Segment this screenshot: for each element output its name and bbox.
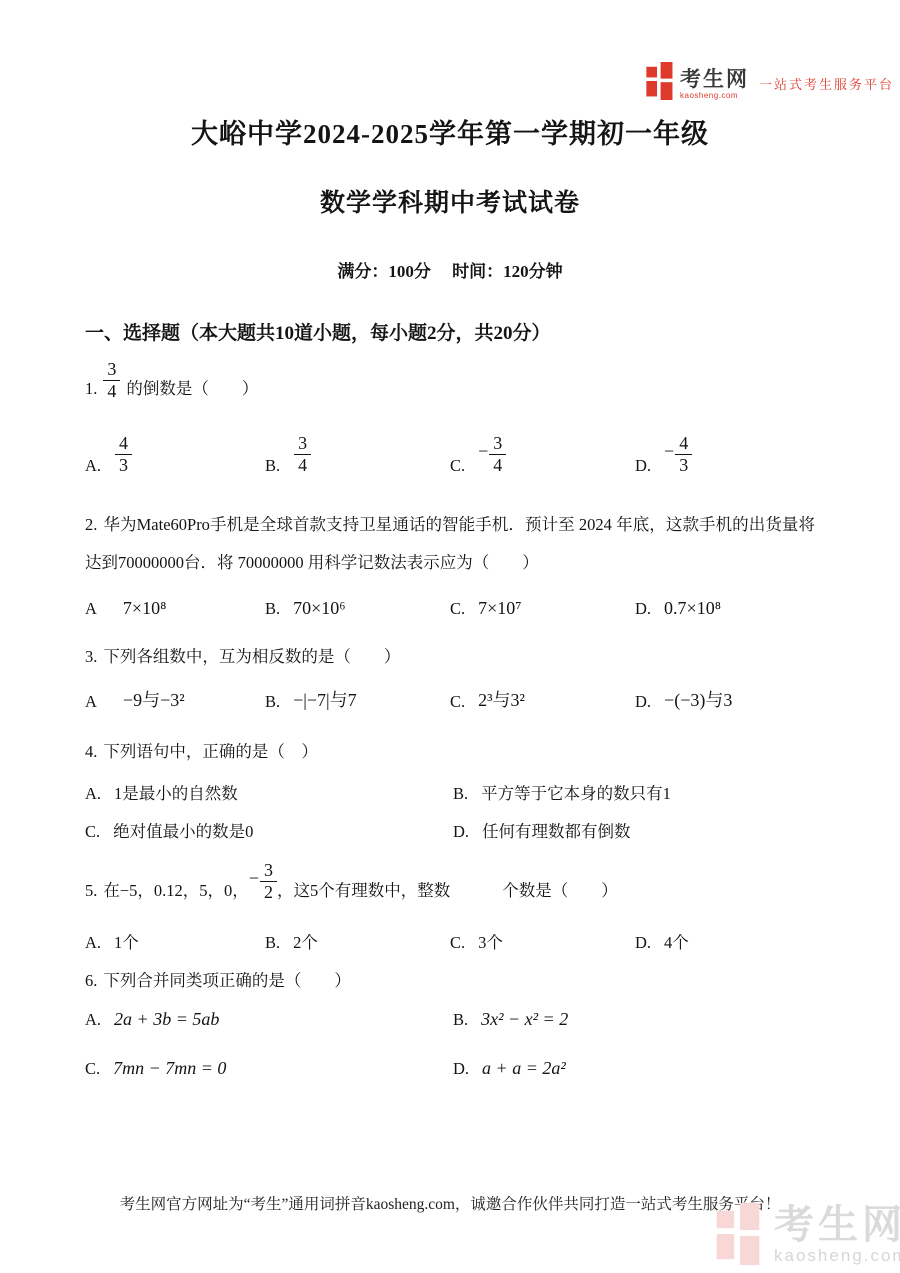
option-label: D. (635, 456, 651, 476)
fraction-denominator: 4 (294, 455, 311, 476)
fraction: 3 4 (103, 359, 120, 401)
option-value: a + a = 2a² (482, 1058, 566, 1079)
option-d: D.任何有理数都有倒数 (453, 818, 815, 842)
question-1-stem: 1. 3 4 的倒数是（ ） (85, 359, 815, 401)
option-c: C.7×10⁷ (450, 598, 635, 619)
question-text: 的倒数是（ ） (126, 377, 258, 401)
option-value: −9与−3² (123, 686, 185, 712)
fraction: 3 2 (260, 860, 277, 902)
option-c: C.绝对值最小的数是0 (85, 818, 453, 842)
kaosheng-h-icon-watermark (712, 1203, 766, 1265)
question-6-options: A.2a + 3b = 5ab B.3x² − x² = 2 C.7mn − 7… (85, 1009, 815, 1079)
question-4-options: A.1是最小的自然数 B.平方等于它本身的数只有1 C.绝对值最小的数是0 D.… (85, 780, 815, 842)
option-label: A. (85, 456, 101, 476)
question-text: 在−5，0.12，5，0， (103, 879, 248, 903)
question-number: 2. (85, 515, 97, 534)
fraction-numerator: 3 (294, 433, 311, 455)
option-value: 2³与3² (478, 686, 525, 712)
question-4-stem: 4.下列语句中，正确的是（ ） (85, 740, 815, 764)
fraction-denominator: 4 (489, 455, 506, 476)
question-text: 华为Mate60Pro手机是全球首款支持卫星通话的智能手机．预计至 2024 年… (85, 515, 815, 572)
option-label: D. (453, 822, 469, 842)
option-a: A.1是最小的自然数 (85, 780, 453, 804)
option-label: C. (450, 456, 465, 476)
fraction-numerator: 3 (260, 860, 277, 882)
option-label: D. (635, 599, 651, 619)
fraction-denominator: 2 (260, 882, 277, 903)
option-a: A. 43 (85, 433, 265, 475)
option-d: D. − 43 (635, 433, 815, 475)
watermark-domain: kaosheng.com (774, 1247, 900, 1264)
option-c: C. − 34 (450, 433, 635, 475)
option-value: 1是最小的自然数 (114, 780, 238, 804)
option-b: B.2个 (265, 929, 450, 953)
option-label: D. (635, 933, 651, 953)
option-a: A.1个 (85, 929, 265, 953)
option-label: B. (453, 784, 468, 804)
fraction: 43 (675, 433, 692, 475)
option-label: C. (450, 933, 465, 953)
option-value: 任何有理数都有倒数 (482, 818, 631, 842)
option-value: 绝对值最小的数是0 (113, 818, 253, 842)
question-2-stem: 2.华为Mate60Pro手机是全球首款支持卫星通话的智能手机．预计至 2024… (85, 506, 815, 582)
question-text: 下列合并同类项正确的是（ ） (103, 971, 351, 990)
option-label: C. (85, 1059, 100, 1079)
exam-meta: 满分：100分 时间：120分钟 (0, 257, 900, 282)
option-b: B. 34 (265, 433, 450, 475)
fraction-denominator: 3 (675, 455, 692, 476)
option-label: A. (85, 933, 101, 953)
option-value: −|−7|与7 (293, 686, 357, 712)
exam-page: 考生网 kaosheng.com 一站式考生服务平台 大峪中学2024-2025… (0, 0, 900, 1273)
fraction: 34 (489, 433, 506, 475)
watermark-name: 考生网 (774, 1205, 900, 1245)
question-number: 5. (85, 879, 97, 903)
option-value: 3x² − x² = 2 (481, 1009, 568, 1030)
kaosheng-watermark: 考生网 kaosheng.com (712, 1203, 900, 1265)
kaosheng-h-icon (645, 62, 675, 100)
option-a: A.2a + 3b = 5ab (85, 1009, 453, 1030)
watermark-wordmark: 考生网 kaosheng.com (774, 1205, 900, 1264)
option-label: D. (453, 1059, 469, 1079)
option-label: B. (453, 1010, 468, 1030)
option-value: 1个 (114, 929, 139, 953)
fraction-numerator: 4 (115, 433, 132, 455)
option-value: 2a + 3b = 5ab (114, 1009, 219, 1030)
option-label: B. (265, 599, 280, 619)
fraction-denominator: 4 (103, 381, 120, 402)
question-2-options: A7×10⁸ B.70×10⁶ C.7×10⁷ D.0.7×10⁸ (85, 598, 815, 619)
option-label: C. (85, 822, 100, 842)
option-c: C.2³与3² (450, 686, 635, 712)
option-label: C. (450, 599, 465, 619)
option-label: B. (265, 456, 280, 476)
fraction-numerator: 4 (675, 433, 692, 455)
question-6-stem: 6.下列合并同类项正确的是（ ） (85, 969, 815, 993)
option-a: A−9与−3² (85, 686, 265, 712)
fraction-denominator: 3 (115, 455, 132, 476)
exam-subtitle: 数学学科期中考试试卷 (0, 183, 900, 219)
option-b: B.3x² − x² = 2 (453, 1009, 815, 1030)
fraction: 34 (294, 433, 311, 475)
option-c: C.3个 (450, 929, 635, 953)
option-value: 2个 (293, 929, 318, 953)
option-value: 平方等于它本身的数只有1 (481, 780, 671, 804)
minus-sign: − (478, 441, 488, 462)
option-label: A. (85, 784, 101, 804)
option-c: C.7mn − 7mn = 0 (85, 1058, 453, 1079)
option-label: D. (635, 692, 651, 712)
question-3-stem: 3.下列各组数中，互为相反数的是（ ） (85, 645, 815, 669)
question-number: 3. (85, 647, 97, 666)
question-number: 6. (85, 971, 97, 990)
question-text: ，这5个有理数中，整数 (277, 879, 450, 903)
option-d: D.−(−3)与3 (635, 686, 815, 712)
option-label: B. (265, 692, 280, 712)
kaosheng-logo: 考生网 kaosheng.com 一站式考生服务平台 (645, 62, 894, 100)
option-value: −(−3)与3 (664, 686, 732, 712)
question-number: 4. (85, 742, 97, 761)
option-value: 0.7×10⁸ (664, 598, 721, 619)
question-text: 个数是（ ） (502, 879, 618, 903)
fraction-numerator: 3 (489, 433, 506, 455)
option-b: B.平方等于它本身的数只有1 (453, 780, 815, 804)
question-1-options: A. 43 B. 34 C. − 34 D. − 43 (85, 433, 815, 475)
section-heading: 一、选择题（本大题共10道小题，每小题2分，共20分） (85, 318, 815, 345)
option-value: 7×10⁸ (123, 598, 166, 619)
question-3-options: A−9与−3² B.−|−7|与7 C.2³与3² D.−(−3)与3 (85, 686, 815, 712)
logo-name: 考生网 (680, 69, 749, 90)
option-label: C. (450, 692, 465, 712)
option-b: B.70×10⁶ (265, 598, 450, 619)
option-value: 7mn − 7mn = 0 (113, 1058, 226, 1079)
logo-wordmark: 考生网 kaosheng.com (680, 69, 749, 100)
minus-sign: − (664, 441, 674, 462)
option-label: A (85, 692, 97, 712)
option-d: D.0.7×10⁸ (635, 598, 815, 619)
option-value: 70×10⁶ (293, 598, 345, 619)
option-b: B.−|−7|与7 (265, 686, 450, 712)
option-d: D.a + a = 2a² (453, 1058, 815, 1079)
minus-sign: − (249, 866, 259, 890)
logo-domain: kaosheng.com (680, 92, 749, 100)
question-text: 下列语句中，正确的是（ ） (103, 742, 318, 761)
question-number: 1. (85, 377, 97, 401)
option-value: 7×10⁷ (478, 598, 521, 619)
option-value: 3个 (478, 929, 503, 953)
question-5-options: A.1个 B.2个 C.3个 D.4个 (85, 929, 815, 953)
option-a: A7×10⁸ (85, 598, 265, 619)
question-5-stem: 5. 在−5，0.12，5，0， − 3 2 ，这5个有理数中，整数 个数是（ … (85, 860, 815, 902)
logo-tagline: 一站式考生服务平台 (759, 74, 894, 93)
option-label: B. (265, 933, 280, 953)
question-text: 下列各组数中，互为相反数的是（ ） (103, 647, 400, 666)
option-label: A. (85, 1010, 101, 1030)
fraction-numerator: 3 (103, 359, 120, 381)
fraction: 43 (115, 433, 132, 475)
option-value: 4个 (664, 929, 689, 953)
option-d: D.4个 (635, 929, 815, 953)
option-label: A (85, 599, 97, 619)
